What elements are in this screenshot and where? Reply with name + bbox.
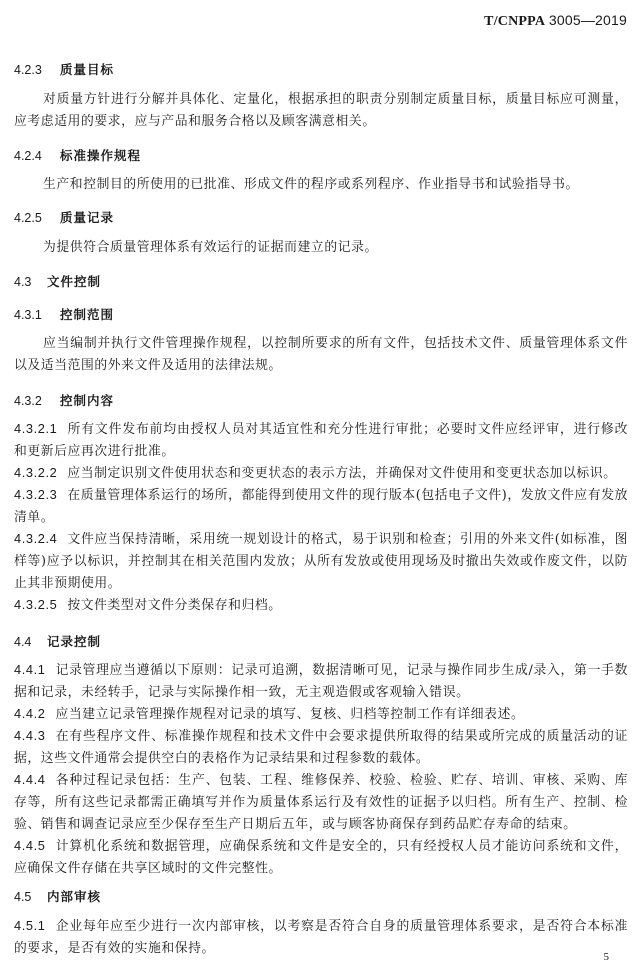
clause-4-4-1: 4.4.1记录管理应当遵循以下原则：记录可追溯，数据清晰可见，记录与操作同步生成… — [14, 659, 628, 704]
heading-4-5: 4.5内部审核 — [14, 887, 101, 905]
clause-4-4-5: 4.4.5计算机化系统和数据管理，应确保系统和文件是安全的，只有经授权人员才能访… — [14, 835, 628, 880]
clause-4-3-2-5: 4.3.2.5按文件类型对文件分类保存和归档。 — [14, 594, 628, 617]
heading-4-2-3: 4.2.3质量目标 — [14, 60, 114, 78]
clause-4-3-2-4: 4.3.2.4文件应当保持清晰，采用统一规划设计的格式，易于识别和检查；引用的外… — [14, 528, 628, 595]
heading-4-3: 4.3文件控制 — [14, 272, 101, 290]
heading-4-4: 4.4记录控制 — [14, 632, 101, 650]
clause-4-4-2: 4.4.2应当建立记录管理操作规程对记录的填写、复核、归档等控制工作有详细表述。 — [14, 703, 628, 726]
clause-4-3-2-3: 4.3.2.3在质量管理体系运行的场所，都能得到使用文件的现行版本(包括电子文件… — [14, 484, 628, 529]
standard-prefix: T/CNPPA — [484, 14, 545, 29]
clause-4-3-2-2: 4.3.2.2应当制定识别文件使用状态和变更状态的表示方法，并确保对文件使用和变… — [14, 462, 628, 485]
paragraph-4-3-1: 应当编制并执行文件管理操作规程，以控制所要求的所有文件，包括技术文件、质量管理体… — [14, 333, 628, 377]
clause-4-3-2-1: 4.3.2.1所有文件发布前均由授权人员对其适宜性和充分性进行审批；必要时文件应… — [14, 418, 628, 463]
paragraph-4-2-3: 对质量方针进行分解并具体化、定量化，根据承担的职责分别制定质量目标，质量目标应可… — [14, 89, 628, 133]
clause-4-5-1: 4.5.1企业每年应至少进行一次内部审核，以考察是否符合自身的质量管理体系要求，… — [14, 915, 628, 960]
heading-4-3-1: 4.3.1控制范围 — [14, 305, 114, 323]
standard-number: 3005—2019 — [549, 12, 627, 28]
clause-4-4-4: 4.4.4各种过程记录包括：生产、包装、工程、维修保养、校验、检验、贮存、培训、… — [14, 769, 628, 836]
heading-4-2-5: 4.2.5质量记录 — [14, 208, 114, 226]
standard-code-header: T/CNPPA 3005—2019 — [484, 12, 627, 30]
heading-4-3-2: 4.3.2控制内容 — [14, 391, 114, 409]
page-number: 5 — [604, 951, 610, 963]
paragraph-4-2-4: 生产和控制目的所使用的已批准、形成文件的程序或系列程序、作业指导书和试验指导书。 — [14, 174, 628, 196]
heading-4-2-4: 4.2.4标准操作规程 — [14, 146, 141, 164]
paragraph-4-2-5: 为提供符合质量管理体系有效运行的证据而建立的记录。 — [14, 237, 628, 259]
clause-4-4-3: 4.4.3在有些程序文件、标准操作规程和技术文件中会要求提供所取得的结果或所完成… — [14, 725, 628, 770]
